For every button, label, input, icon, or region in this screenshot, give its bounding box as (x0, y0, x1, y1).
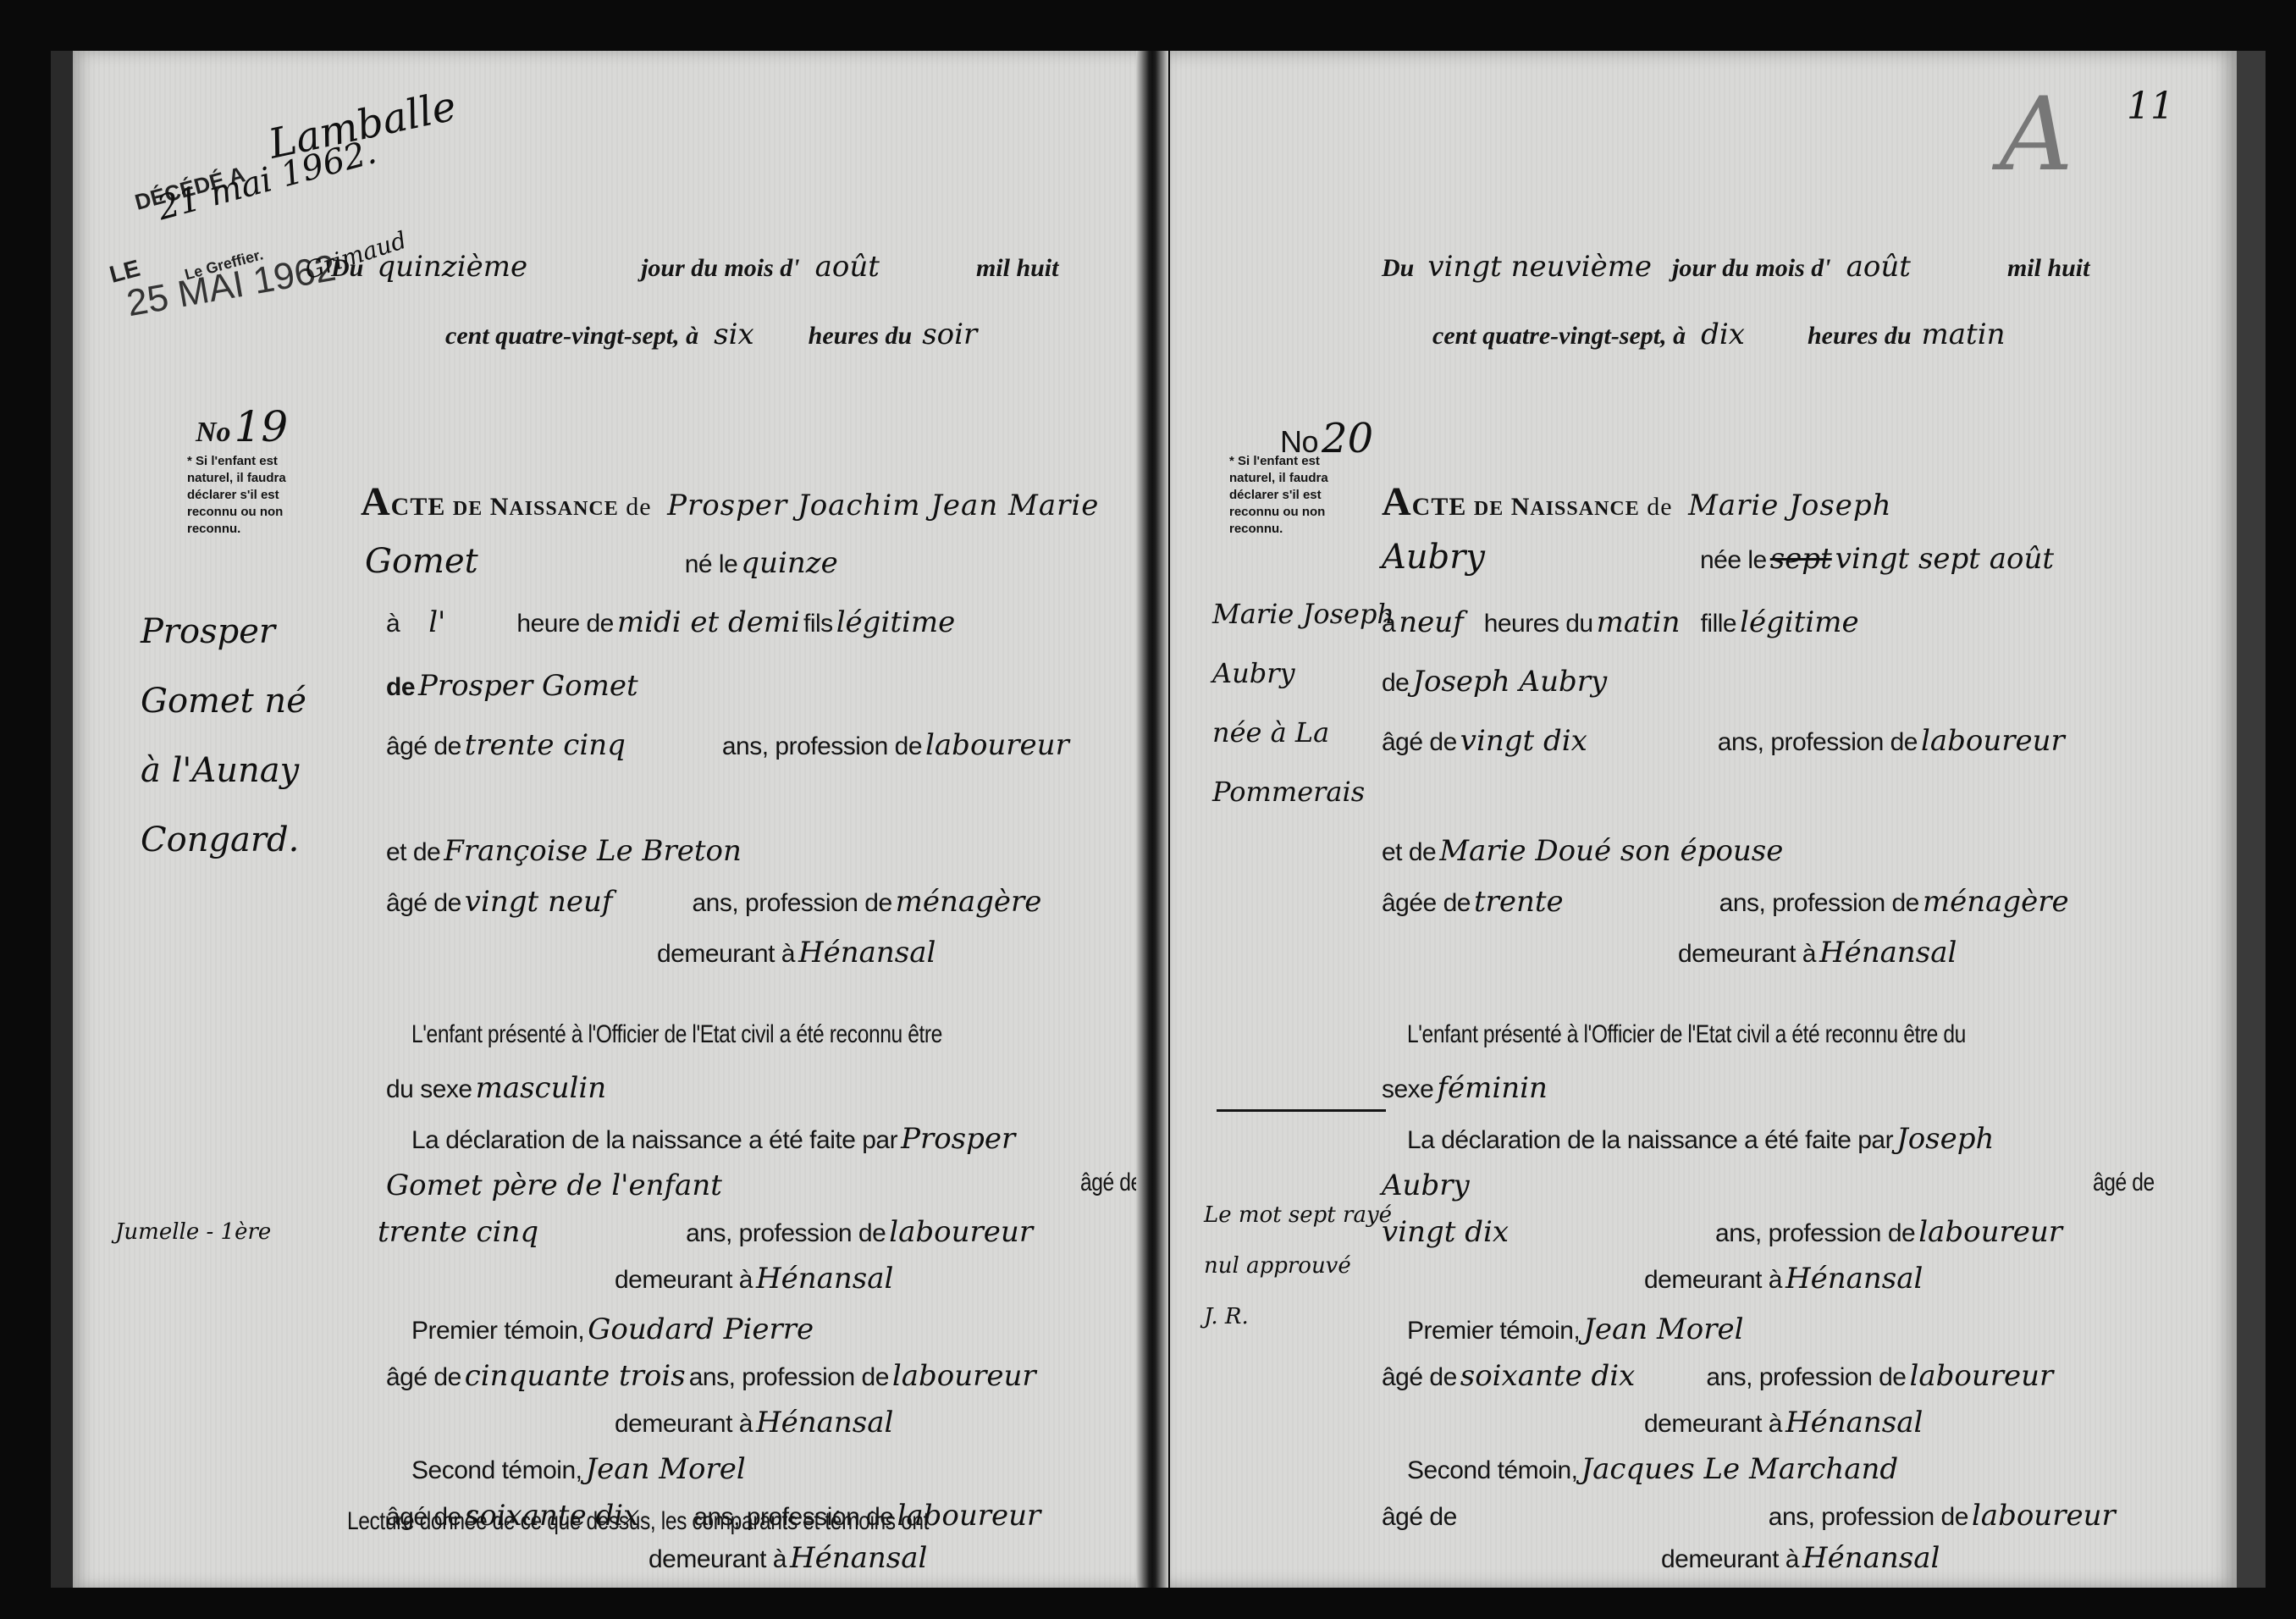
date-line-2: cent quatre-vingt-sept, à dix heures du … (1432, 318, 2005, 351)
father-age-line: âgé de trente cinq ans, profession de la… (386, 728, 1069, 762)
witness1-age-line: âgé de cinquante trois ans, profession d… (386, 1359, 1036, 1393)
witness1-age-line: âgé de soixante dix ans, profession de l… (1382, 1359, 2053, 1393)
footnote-natural-child: * Si l'enfant est naturel, il faudra déc… (1229, 453, 1365, 538)
witness1-residence: demeurant à Hénansal (615, 1406, 893, 1439)
right-page: A 11 Du vingt neuvième jour du mois d' a… (1170, 51, 2266, 1588)
declaration-line: La déclaration de la naissance a été fai… (1407, 1122, 1994, 1156)
witness2-age-line: âgé de soixante dix ans, profession de l… (386, 1499, 1040, 1533)
date-line-2: cent quatre-vingt-sept, à six heures du … (445, 318, 977, 351)
mother-line: et de Marie Doué son épouse (1382, 834, 1783, 868)
declaration-line: La déclaration de la naissance a été fai… (411, 1122, 1015, 1156)
declarant-age-label: âgé de (1080, 1169, 1142, 1197)
sex-line: du sexe masculin (386, 1071, 606, 1105)
declarant-age-line: vingt dix ans, profession de laboureur (1382, 1215, 2062, 1249)
book-gutter (1136, 51, 1168, 1588)
father-name: Joseph Aubry (1412, 665, 1607, 699)
enfant-presente-text: L'enfant présenté à l'Officier de l'Etat… (411, 1020, 942, 1049)
birth-line: Aubry née le sept vingt sept août (1382, 538, 2054, 577)
declarant-line: Gomet père de l'enfant (386, 1169, 722, 1202)
margin-correction-note: Le mot sept rayé nul approuvé J. R. (1204, 1190, 1392, 1342)
witness2-residence: demeurant à Hénansal (1661, 1541, 1940, 1575)
witness2-age-line: âgé de ans, profession de laboureur (1382, 1499, 2116, 1533)
acte-title: ACTE DE NAISSANCE de Marie Joseph (1382, 478, 1892, 525)
witness2-residence: demeurant à Hénansal (649, 1541, 927, 1575)
register-book: DÉCÉDÉ A Lamballe LE 21 mai 1962. Le Gre… (51, 51, 2252, 1600)
mother-name: Marie Doué son épouse (1439, 834, 1783, 868)
date-line-1: Du quinzième jour du mois d' août mil hu… (331, 250, 1058, 284)
margin-divider (1217, 1109, 1386, 1112)
birth-line: Gomet né le quinze (365, 542, 838, 581)
acte-title: ACTE DE NAISSANCE de Prosper Joachim Jea… (361, 478, 1099, 525)
hour-line: à neuf heures du matin fille légitime (1382, 605, 1859, 639)
left-page: DÉCÉDÉ A Lamballe LE 21 mai 1962. Le Gre… (51, 51, 1161, 1588)
margin-child-note: Marie Joseph Aubry née à La Pommerais (1212, 584, 1399, 821)
witness2-line: Second témoin, Jacques Le Marchand (1407, 1452, 1898, 1486)
declarant-line: Aubry (1382, 1169, 1470, 1202)
child-surname: Aubry (1382, 538, 1485, 577)
witness1-line: Premier témoin, Jean Morel (1407, 1312, 1744, 1346)
record-number: No 19 (196, 402, 288, 451)
child-name: Prosper Joachim Jean Marie (667, 489, 1099, 522)
mother-residence: demeurant à Hénansal (1678, 936, 1957, 970)
sex-line: sexe féminin (1382, 1071, 1548, 1105)
footnote-natural-child: * Si l'enfant est naturel, il faudra déc… (187, 453, 323, 538)
witness1-residence: demeurant à Hénansal (1644, 1406, 1923, 1439)
declarant-age-line: trente cinq ans, profession de laboureur (378, 1215, 1033, 1249)
mother-age-line: âgée de trente ans, profession de ménagè… (1382, 885, 2069, 919)
witness1-line: Premier témoin, Goudard Pierre (411, 1312, 814, 1346)
father-line: de Joseph Aubry (1382, 665, 1607, 699)
date-line-1: Du vingt neuvième jour du mois d' août m… (1382, 250, 2089, 284)
declarant-age-label: âgé de (2093, 1169, 2155, 1197)
mother-line: et de Françoise Le Breton (386, 834, 742, 868)
mother-residence: demeurant à Hénansal (657, 936, 936, 970)
child-name: Marie Joseph (1688, 489, 1891, 522)
corner-mark: A (2000, 76, 2073, 194)
child-surname: Gomet (365, 542, 478, 581)
enfant-presente-text: L'enfant présenté à l'Officier de l'Etat… (1407, 1020, 1966, 1049)
father-line: de Prosper Gomet (386, 669, 638, 703)
margin-left-note: Jumelle - 1ère (115, 1219, 271, 1245)
father-name: Prosper Gomet (418, 669, 638, 703)
declarant-residence: demeurant à Hénansal (615, 1262, 893, 1296)
declarant-residence: demeurant à Hénansal (1644, 1262, 1923, 1296)
page-number: 11 (2127, 85, 2174, 128)
mother-name: Françoise Le Breton (444, 834, 742, 868)
mother-age-line: âgé de vingt neuf ans, profession de mén… (386, 885, 1041, 919)
hour-line: à l' heure de midi et demi fils légitime (386, 605, 955, 639)
father-age-line: âgé de vingt dix ans, profession de labo… (1382, 724, 2065, 758)
witness2-line: Second témoin, Jean Morel (411, 1452, 746, 1486)
margin-child-note: Prosper Gomet né à l'Aunay Congard. (141, 597, 344, 875)
